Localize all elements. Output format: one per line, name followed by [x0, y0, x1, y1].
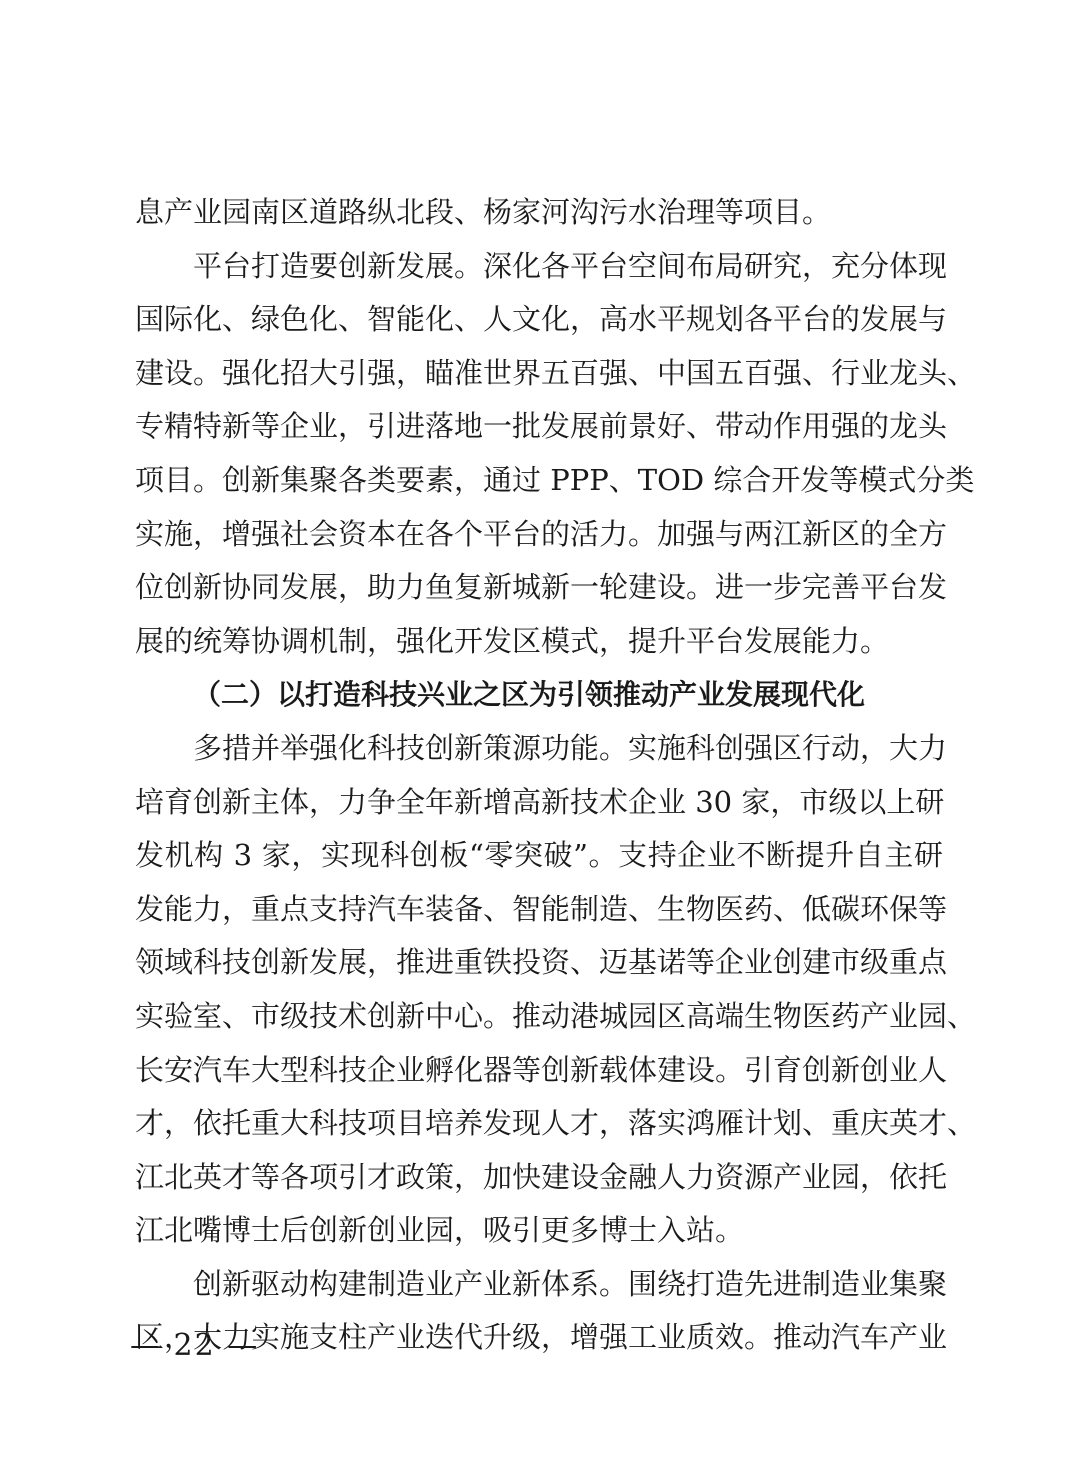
text-line: 领域科技创新发展，推进重铁投资、迈基诺等企业创建市级重点: [135, 936, 943, 990]
text-line: 建设。强化招大引强，瞄准世界五百强、中国五百强、行业龙头、: [135, 347, 943, 401]
text-line: 项目。创新集聚各类要素，通过 PPP、TOD 综合开发等模式分类: [135, 454, 943, 508]
text-line: 江北英才等各项引才政策，加快建设金融人力资源产业园，依托: [135, 1151, 943, 1205]
text-line: 江北嘴博士后创新创业园，吸引更多博士入站。: [135, 1204, 943, 1258]
paragraph-start-tech-innovation: 多措并举强化科技创新策源功能。实施科创强区行动，大力: [135, 722, 943, 776]
page-number: — 22 —: [130, 1326, 259, 1366]
text-line: 国际化、绿色化、智能化、人文化，高水平规划各平台的发展与: [135, 293, 943, 347]
text-line: 培育创新主体，力争全年新增高新技术企业 30 家，市级以上研: [135, 776, 943, 830]
document-page: 息产业园南区道路纵北段、杨家河沟污水治理等项目。 平台打造要创新发展。深化各平台…: [0, 0, 1074, 1458]
text-line: 专精特新等企业，引进落地一批发展前景好、带动作用强的龙头: [135, 400, 943, 454]
text-line: 展的统筹协调机制，强化开发区模式，提升平台发展能力。: [135, 615, 943, 669]
text-line: 息产业园南区道路纵北段、杨家河沟污水治理等项目。: [135, 186, 943, 240]
text-line: 发能力，重点支持汽车装备、智能制造、生物医药、低碳环保等: [135, 883, 943, 937]
text-line: 长安汽车大型科技企业孵化器等创新载体建设。引育创新创业人: [135, 1044, 943, 1098]
text-line: 才，依托重大科技项目培养发现人才，落实鸿雁计划、重庆英才、: [135, 1097, 943, 1151]
section-heading: （二）以打造科技兴业之区为引领推动产业发展现代化: [135, 668, 943, 722]
paragraph-start-platform-development: 平台打造要创新发展。深化各平台空间布局研究，充分体现: [135, 240, 943, 294]
body-text: 息产业园南区道路纵北段、杨家河沟污水治理等项目。 平台打造要创新发展。深化各平台…: [135, 186, 943, 1365]
paragraph-start-manufacturing: 创新驱动构建制造业产业新体系。围绕打造先进制造业集聚: [135, 1258, 943, 1312]
text-line: 发机构 3 家，实现科创板“零突破”。支持企业不断提升自主研: [135, 829, 943, 883]
text-line: 实验室、市级技术创新中心。推动港城园区高端生物医药产业园、: [135, 990, 943, 1044]
text-line: 位创新协同发展，助力鱼复新城新一轮建设。进一步完善平台发: [135, 561, 943, 615]
text-line: 实施，增强社会资本在各个平台的活力。加强与两江新区的全方: [135, 508, 943, 562]
